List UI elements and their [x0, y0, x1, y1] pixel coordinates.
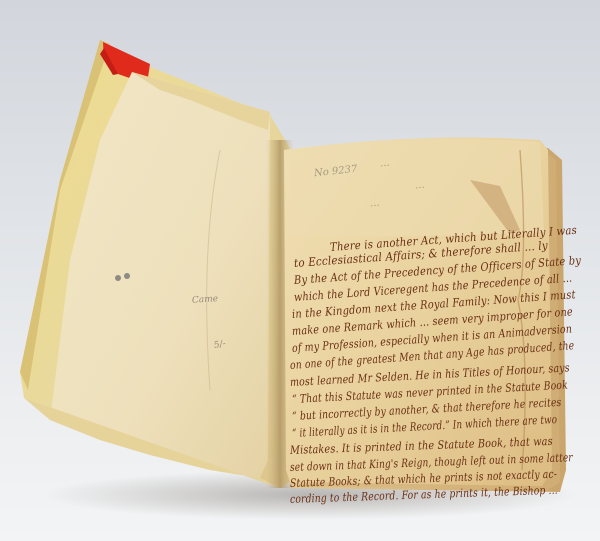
- photo-scene: Came 5/- No 9237 ... ... ... There is an…: [0, 0, 600, 541]
- book-illustration: [0, 0, 600, 541]
